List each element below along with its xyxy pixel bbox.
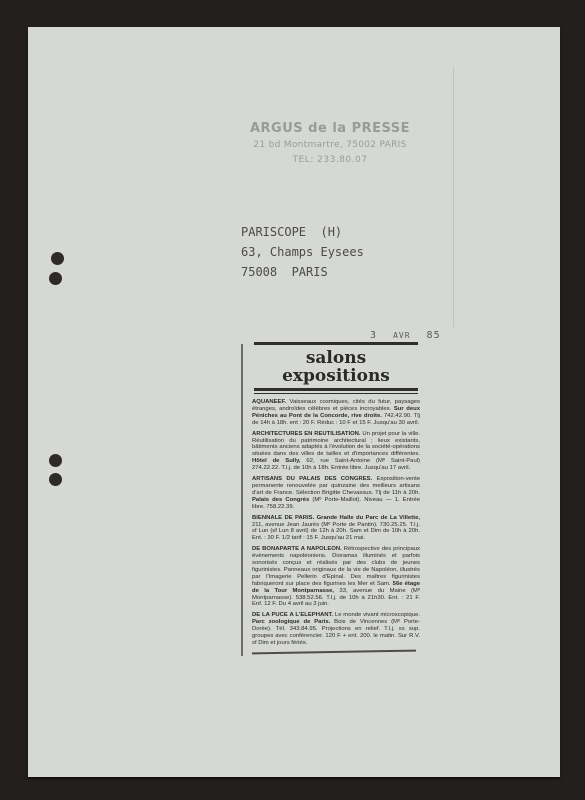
listing-entry: ARCHITECTURES EN REUTILISATION. Un proje… xyxy=(252,431,420,472)
entry-venue: Palais des Congrès xyxy=(252,497,309,503)
date-month: AVR xyxy=(393,331,410,340)
entry-title: DE LA PUCE A L'ELEPHANT. xyxy=(252,612,333,618)
punch-hole-icon xyxy=(49,473,62,486)
listing-entry: DE LA PUCE A L'ELEPHANT. Le monde vivant… xyxy=(252,612,420,647)
masthead-bottom-thin-rule xyxy=(254,393,418,394)
listing-entry: ARTISANS DU PALAIS DES CONGRES. Expositi… xyxy=(252,476,420,511)
listing-entry: BIENNALE DE PARIS. Grande Halle du Parc … xyxy=(252,515,420,543)
stamp-agency-name: ARGUS de la PRESSE xyxy=(230,121,430,136)
section-masthead: salons expositions xyxy=(252,345,420,388)
date-day: 3 xyxy=(370,330,377,341)
stamp-agency-phone: TEL: 233.80.07 xyxy=(230,155,430,165)
stamp-agency-address: 21 bd Montmartre, 75002 PARIS xyxy=(230,140,430,150)
entry-venue: Grande Halle du Parc de La Villette, xyxy=(317,515,420,521)
entry-venue: Hôtel de Sully, xyxy=(252,458,301,464)
masthead-line-1: salons xyxy=(252,349,420,367)
entry-title: BIENNALE DE PARIS. xyxy=(252,515,314,521)
entry-title: ARTISANS DU PALAIS DES CONGRES. xyxy=(252,476,372,482)
masthead-line-2: expositions xyxy=(252,367,420,385)
punch-hole-icon xyxy=(49,272,62,285)
publication-address: PARISCOPE (H) 63, Champs Eysees 75008 PA… xyxy=(241,222,364,282)
date-year: 85 xyxy=(427,330,441,341)
publication-name: PARISCOPE (H) xyxy=(241,222,364,242)
date-stamp: 3 AVR 85 xyxy=(370,330,450,341)
entry-title: AQUANEEF. xyxy=(252,399,286,405)
entry-title: ARCHITECTURES EN REUTILISATION. xyxy=(252,431,361,437)
entry-venue: Parc zoologique de Paris. xyxy=(252,619,330,625)
punch-hole-icon xyxy=(49,454,62,467)
entry-title: DE BONAPARTE A NAPOLEON. xyxy=(252,546,342,552)
entry-details: 211, avenue Jean Jaurès (Mº Porte de Pan… xyxy=(252,522,420,542)
clipping-margin-bar xyxy=(241,344,243,656)
publication-city: 75008 PARIS xyxy=(241,262,364,282)
masthead-bottom-rule xyxy=(254,388,418,391)
paper-fold-line xyxy=(453,67,454,327)
punch-hole-icon xyxy=(51,252,64,265)
newspaper-clipping: salons expositions AQUANEEF. Vaisseaux c… xyxy=(252,342,420,653)
listing-entries: AQUANEEF. Vaisseaux cosmiques, cités du … xyxy=(252,399,420,647)
listing-entry: DE BONAPARTE A NAPOLEON. Rétrospective d… xyxy=(252,546,420,608)
publication-street: 63, Champs Eysees xyxy=(241,242,364,262)
agency-stamp: ARGUS de la PRESSE 21 bd Montmartre, 750… xyxy=(230,121,430,165)
entry-body: Le monde vivant microscopique. xyxy=(333,612,420,618)
listing-entry: AQUANEEF. Vaisseaux cosmiques, cités du … xyxy=(252,399,420,427)
